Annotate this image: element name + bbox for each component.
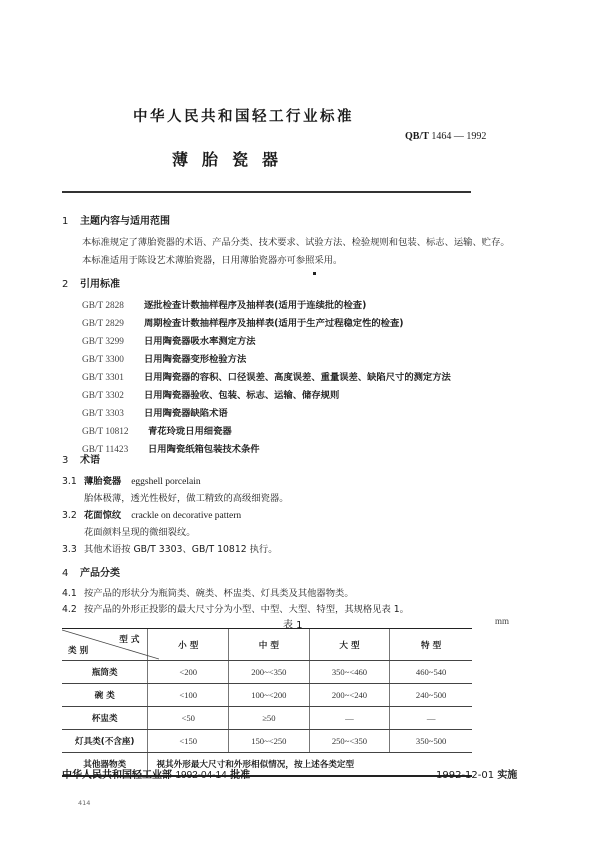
effective-line: 1992-12-01 实施	[436, 766, 517, 781]
size-classification-table: 型 式 类 别 小 型 中 型 大 型 特 型 瓶筒类 <200 200~<35…	[62, 628, 472, 777]
term-definition: 花面颜料呈现的微细裂纹。	[84, 524, 196, 538]
table-corner-cell: 型 式 类 别	[62, 629, 148, 661]
table-cell: 350~500	[390, 730, 472, 753]
table-cell: 350~<460	[309, 661, 390, 684]
header-divider	[62, 191, 471, 193]
standard-code: QB/T 1464 — 1992	[405, 131, 486, 142]
issuing-body-title: 中华人民共和国轻工行业标准	[133, 105, 354, 126]
row-category: 碗 类	[62, 684, 148, 707]
corner-label-type: 型 式	[119, 633, 139, 645]
column-header: 大 型	[309, 629, 390, 661]
term-entry: 3.3其他术语按 GB/T 3303、GB/T 10812 执行。	[62, 541, 278, 555]
reference-row: GB/T 3300日用陶瓷器变形检验方法	[82, 351, 246, 365]
term-definition: 胎体极薄，透光性极好，做工精致的高级细瓷器。	[84, 490, 289, 504]
reference-row: GB/T 3301日用陶瓷器的容积、口径误差、高度误差、重量误差、缺陷尺寸的测定…	[82, 369, 451, 383]
term-entry: 3.2花面惊纹crackle on decorative pattern	[62, 507, 241, 521]
column-header: 小 型	[148, 629, 229, 661]
section-1-heading: 1主题内容与适用范围	[62, 212, 170, 227]
section-1-paragraph-2: 本标准适用于陈设艺术薄胎瓷器，日用薄胎瓷器亦可参照采用。	[82, 252, 342, 266]
table-cell: <150	[148, 730, 229, 753]
reference-row: GB/T 2828逐批检查计数抽样程序及抽样表(适用于连续批的检查)	[82, 297, 366, 311]
table-row: 碗 类 <100 100~<200 200~<240 240~500	[62, 684, 472, 707]
reference-row: GB/T 3299日用陶瓷器吸水率测定方法	[82, 333, 256, 347]
corner-label-category: 类 别	[68, 644, 88, 656]
table-cell: 200~<350	[229, 661, 310, 684]
table-cell: <200	[148, 661, 229, 684]
reference-row: GB/T 3303日用陶瓷器缺陷术语	[82, 405, 228, 419]
column-header: 特 型	[390, 629, 472, 661]
table-cell: <100	[148, 684, 229, 707]
table-row: 瓶筒类 <200 200~<350 350~<460 460~540	[62, 661, 472, 684]
table-row: 灯具类(不含座) <150 150~<250 250~<350 350~500	[62, 730, 472, 753]
table-cell: <50	[148, 707, 229, 730]
table-cell: 250~<350	[309, 730, 390, 753]
effective-date: 1992-12-01	[436, 770, 494, 781]
standard-code-number: 1464 — 1992	[431, 131, 486, 142]
table-cell: —	[309, 707, 390, 730]
table-header-row: 型 式 类 别 小 型 中 型 大 型 特 型	[62, 629, 472, 661]
table-cell: 200~<240	[309, 684, 390, 707]
reference-row: GB/T 11423日用陶瓷纸箱包装技术条件	[82, 441, 260, 455]
section-4-heading: 4产品分类	[62, 564, 120, 579]
column-header: 中 型	[229, 629, 310, 661]
classification-item: 4.1按产品的形状分为瓶筒类、碗类、杯盅类、灯具类及其他器物类。	[62, 585, 354, 599]
term-entry: 3.1薄胎瓷器eggshell porcelain	[62, 473, 201, 487]
section-1-paragraph-1: 本标准规定了薄胎瓷器的术语、产品分类、技术要求、试验方法、检验规则和包装、标志、…	[82, 234, 510, 248]
table-cell: ≥50	[229, 707, 310, 730]
reference-row: GB/T 10812青花玲珑日用细瓷器	[82, 423, 232, 437]
reference-row: GB/T 2829周期检查计数抽样程序及抽样表(适用于生产过程稳定性的检查)	[82, 315, 404, 329]
row-category: 灯具类(不含座)	[62, 730, 148, 753]
speck-mark	[313, 272, 316, 275]
table-cell: 460~540	[390, 661, 472, 684]
standard-code-prefix: QB/T	[405, 131, 429, 142]
section-3-heading: 3术语	[62, 451, 100, 466]
row-category: 瓶筒类	[62, 661, 148, 684]
table-unit: mm	[495, 616, 509, 626]
section-2-heading: 2引用标准	[62, 275, 120, 290]
reference-row: GB/T 3302日用陶瓷器验收、包装、标志、运输、储存规则	[82, 387, 339, 401]
document-title: 薄胎瓷器	[172, 147, 292, 170]
classification-item: 4.2按产品的外形正投影的最大尺寸分为小型、中型、大型、特型，其规格见表 1。	[62, 601, 409, 615]
table-cell: 100~<200	[229, 684, 310, 707]
table-cell: 240~500	[390, 684, 472, 707]
approval-line: 中华人民共和国轻工业部 1992-04-14 批准	[62, 766, 250, 781]
table-row: 杯盅类 <50 ≥50 — —	[62, 707, 472, 730]
row-category: 杯盅类	[62, 707, 148, 730]
table-cell: 150~<250	[229, 730, 310, 753]
approval-date: 1992-04-14	[175, 770, 226, 781]
table-cell: —	[390, 707, 472, 730]
page-number: 414	[78, 799, 90, 807]
